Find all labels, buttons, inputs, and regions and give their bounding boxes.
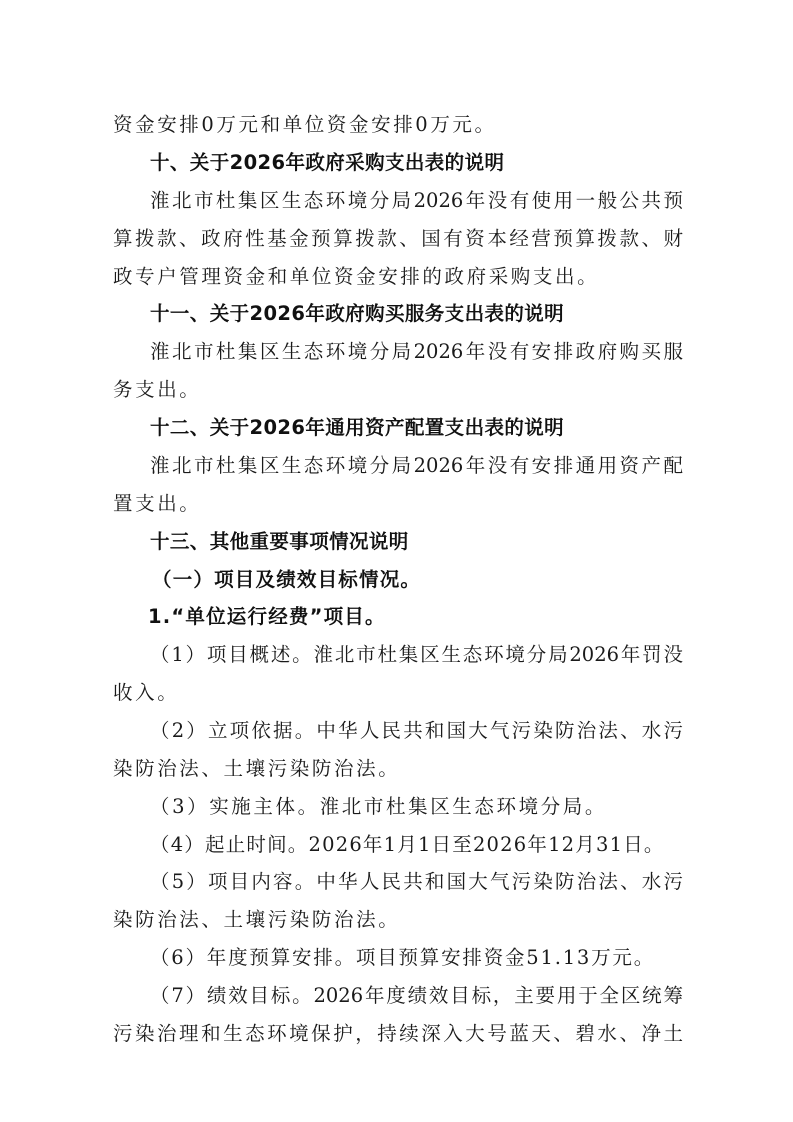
section-heading-12: 十二、关于2026年通用资产配置支出表的说明 [150,415,683,441]
paragraph-line: （2）立项依据。中华人民共和国大气污染防治法、水污 [150,718,683,744]
subsection-heading: （一）项目及绩效目标情况。 [152,567,685,593]
paragraph-line: （7）绩效目标。2026年度绩效目标，主要用于全区统筹 [150,983,683,1009]
paragraph-line: 染防治法、土壤污染防治法。 [113,756,683,782]
paragraph-line: （5）项目内容。中华人民共和国大气污染防治法、水污 [150,869,683,895]
paragraph-line: （6）年度预算安排。项目预算安排资金51.13万元。 [150,945,683,971]
paragraph-line: 算拨款、政府性基金预算拨款、国有资本经营预算拨款、财 [113,226,683,252]
paragraph-line: 收入。 [113,680,683,706]
paragraph-line: 务支出。 [113,377,683,403]
paragraph-line: 资金安排0万元和单位资金安排0万元。 [113,112,683,138]
paragraph-line: （1）项目概述。淮北市杜集区生态环境分局2026年罚没 [150,642,683,668]
document-page: 资金安排0万元和单位资金安排0万元。 十、关于2026年政府采购支出表的说明 淮… [0,0,793,1122]
section-heading-10: 十、关于2026年政府采购支出表的说明 [150,150,683,176]
paragraph-line: 淮北市杜集区生态环境分局2026年没有安排政府购买服 [150,339,683,365]
paragraph-line: 污染治理和生态环境保护，持续深入大号蓝天、碧水、净土 [113,1021,683,1047]
paragraph-line: 染防治法、土壤污染防治法。 [113,907,683,933]
paragraph-line: 淮北市杜集区生态环境分局2026年没有安排通用资产配 [150,453,683,479]
paragraph-line: 置支出。 [113,491,683,517]
paragraph-line: 淮北市杜集区生态环境分局2026年没有使用一般公共预 [150,188,683,214]
paragraph-line: 政专户管理资金和单位资金安排的政府采购支出。 [113,264,683,290]
project-heading: 1.“单位运行经费”项目。 [148,604,681,630]
paragraph-line: （4）起止时间。2026年1月1日至2026年12月31日。 [150,832,683,858]
paragraph-line: （3）实施主体。淮北市杜集区生态环境分局。 [150,794,683,820]
section-heading-11: 十一、关于2026年政府购买服务支出表的说明 [150,301,683,327]
section-heading-13: 十三、其他重要事项情况说明 [150,529,683,555]
